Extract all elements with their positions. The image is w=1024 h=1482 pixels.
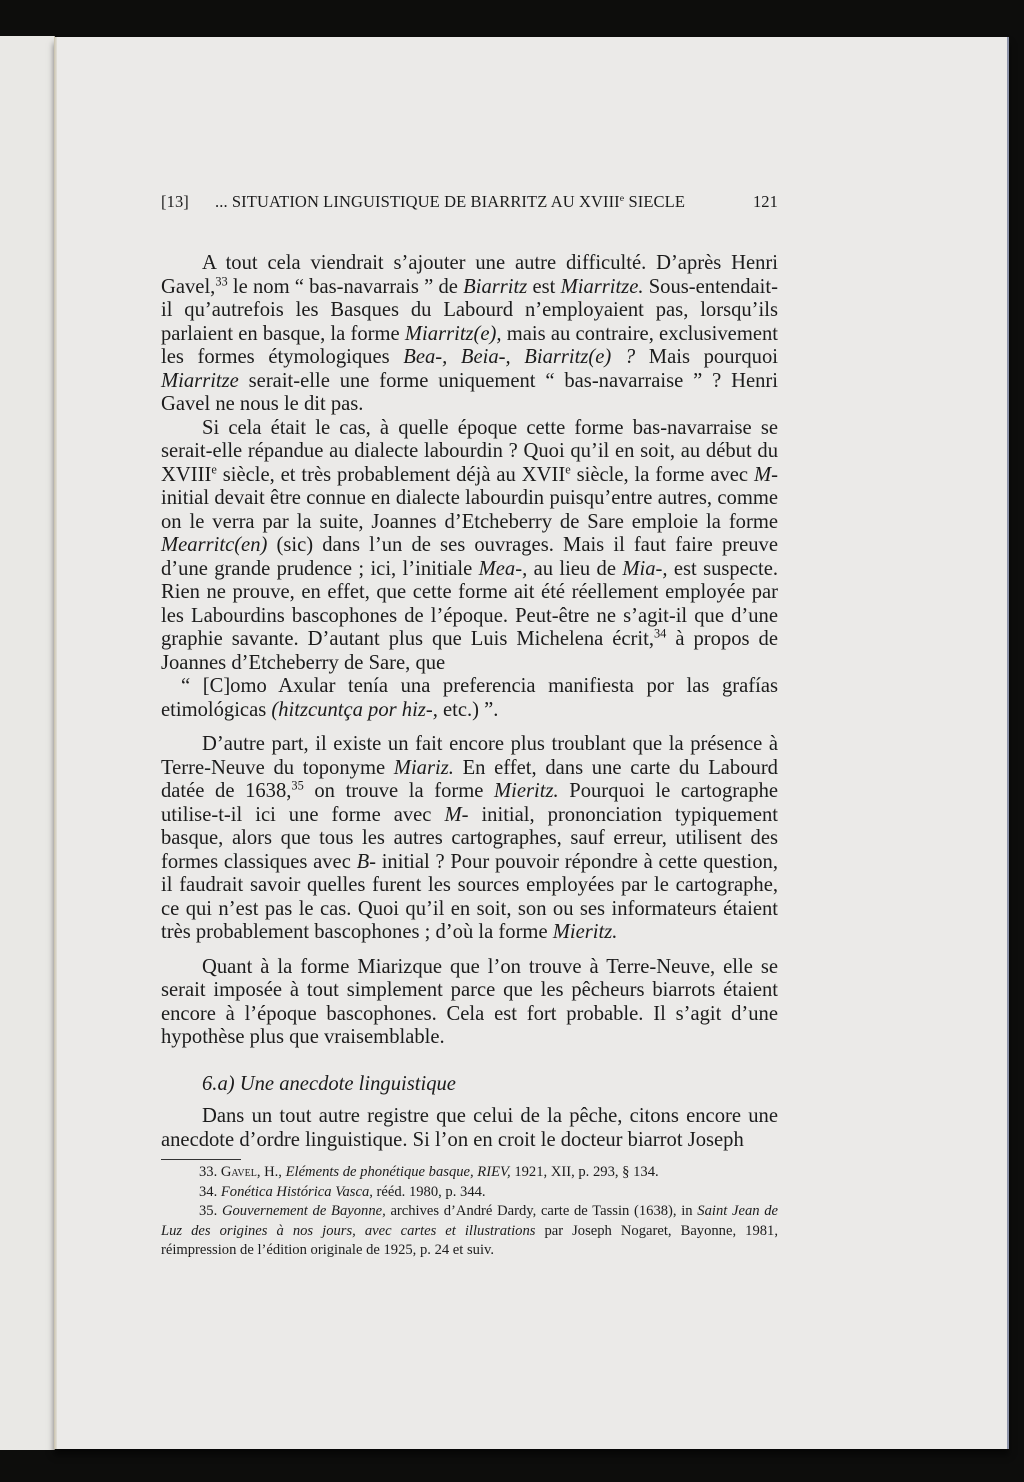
footnote-ref-34[interactable]: 34	[654, 627, 666, 641]
facing-page-edge	[0, 36, 55, 1450]
running-header: [13] ... SITUATION LINGUISTIQUE DE BIARR…	[161, 192, 778, 212]
footnote-ref-33[interactable]: 33	[215, 274, 227, 288]
footnote-34: 34. Fonética Histórica Vasca, rééd. 1980…	[161, 1183, 778, 1203]
running-title: ... SITUATION LINGUISTIQUE DE BIARRITZ A…	[215, 192, 753, 212]
footnote-separator	[161, 1159, 241, 1160]
paragraph-1: A tout cela viendrait s’ajouter une autr…	[161, 252, 778, 417]
section-ref: [13]	[161, 192, 215, 212]
paragraph-4: Quant à la forme Miarizque que l’on trou…	[161, 956, 778, 1050]
body-text: A tout cela viendrait s’ajouter une autr…	[161, 252, 778, 1152]
paragraph-3: D’autre part, il existe un fait encore p…	[161, 733, 778, 945]
block-quote: “ [C]omo Axular tenía una preferencia ma…	[161, 675, 778, 722]
paragraph-2: Si cela était le cas, à quelle époque ce…	[161, 417, 778, 676]
footnotes: 33. Gavel, H., Eléments de phonétique ba…	[161, 1163, 778, 1261]
paragraph-5: Dans un tout autre registre que celui de…	[161, 1105, 778, 1152]
footnote-ref-35[interactable]: 35	[291, 779, 303, 793]
footnote-33: 33. Gavel, H., Eléments de phonétique ba…	[161, 1163, 778, 1183]
footnote-35: 35. Gouvernement de Bayonne, archives d’…	[161, 1202, 778, 1261]
section-heading: 6.a) Une anecdote linguistique	[161, 1073, 778, 1097]
page-number: 121	[753, 192, 778, 212]
